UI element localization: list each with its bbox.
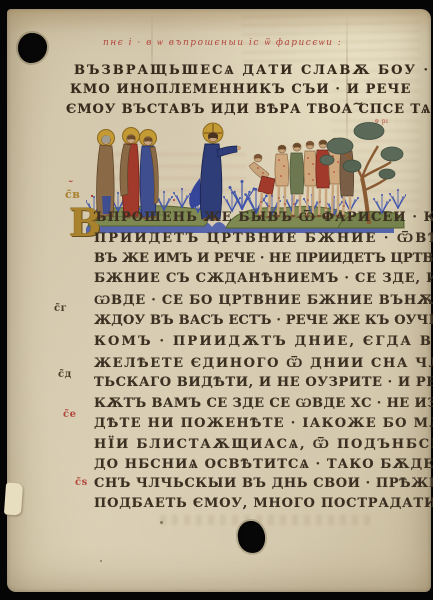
text-line: ПРИИДЕТЪ ЦРТВНИЕ БЖНИЕ · ѾВѢЩА [94, 230, 433, 246]
text-line: ТЬСКАГО ВИДѢТИ, И НЕ ОУЗРИТЕ · И РЕ [94, 375, 433, 390]
parchment-stain [8, 9, 431, 33]
margin-section-number: с̃г [54, 303, 67, 314]
text-line: СНЪ ЧЛЧЬСКЫИ ВЪ ДНЬ СВОИ · ПРѢЖЕ ЖЕ [94, 476, 433, 491]
text-line: ВЪЗВРАЩЬШЕСѦ ДАТИ СЛАВѪ БОУ · ТЪ [74, 62, 433, 78]
text-line: ѠВДЕ · СЕ БО ЦРТВНИЕ БЖНИЕ ВЪНѪТРЪ [94, 292, 433, 308]
marginal-gloss: ѿ рı [375, 118, 388, 125]
text-line: БЖНИЕ СЪ СЖДАНѢНИЕМЪ · СЕ ЗДЕ, ИЛИ [94, 271, 433, 286]
parchment-repair-tab [4, 482, 23, 515]
ink-speck [160, 521, 163, 524]
text-line: ПОДБАЕТЬ ЄМОУ, МНОГО ПОСТРАДАТИ · [94, 496, 433, 511]
christ-figure [189, 123, 241, 220]
text-line: КѪТЪ ВАМЪ СЕ ЗДЕ СЕ ѠВДЕ ХС · НЕ ИЗЫ [94, 395, 433, 411]
text-line: ЖДОУ ВЪ ВАСЪ ЕСТЪ · РЕЧЕ ЖЕ КЪ ОУЧЕНИ [94, 313, 433, 328]
margin-section-number: с̃д [58, 369, 72, 380]
text-line: НЇИ БЛИСТАѪЩИАСѦ, Ѿ ПОДЪНБСНЫѦ [94, 436, 433, 452]
text-line: ВЪ ЖЕ ИМЪ И РЕЧЕ · НЕ ПРИИДЕТЪ ЦРТВНИЕ [94, 251, 433, 266]
margin-section-number: с̃е [63, 409, 76, 420]
line-end-flourish: ~ [351, 95, 364, 112]
text-line: ЖЕЛѢЕТЕ ЄДИНОГО Ѿ ДНИИ СНА ЧЛВѢ [94, 355, 433, 371]
rubric-heading: пнє і · в ѡ въпрошєныи іс ѿ фарисєѡи : [103, 37, 342, 48]
text-line: ДѢТЕ НИ ПОЖЕНѢТЕ · ІАКОЖЕ БО МЛЪ [94, 416, 433, 431]
margin-section-number: с̃ѕ [75, 477, 88, 488]
ink-speck [100, 560, 102, 562]
text-line: ЪПРОШЕНЬ ЖЕ БЫВЪ Ѿ ФАРИСЕИ · КОГА [94, 209, 433, 225]
text-line: ЄМОУ ВЪСТАВЪ ИДИ ВѢРА ТВОА СПСЕ ТѦ : [66, 101, 433, 117]
apostles-group [97, 128, 159, 220]
text-line: КОМЪ · ПРИИДѪТЪ ДНИЕ, ЄГДА ВЪ [94, 334, 433, 349]
text-line: ДО НБСНИѦ ОСВѢТИТСѦ · ТАКО БѪДЕТЪ [94, 456, 433, 472]
